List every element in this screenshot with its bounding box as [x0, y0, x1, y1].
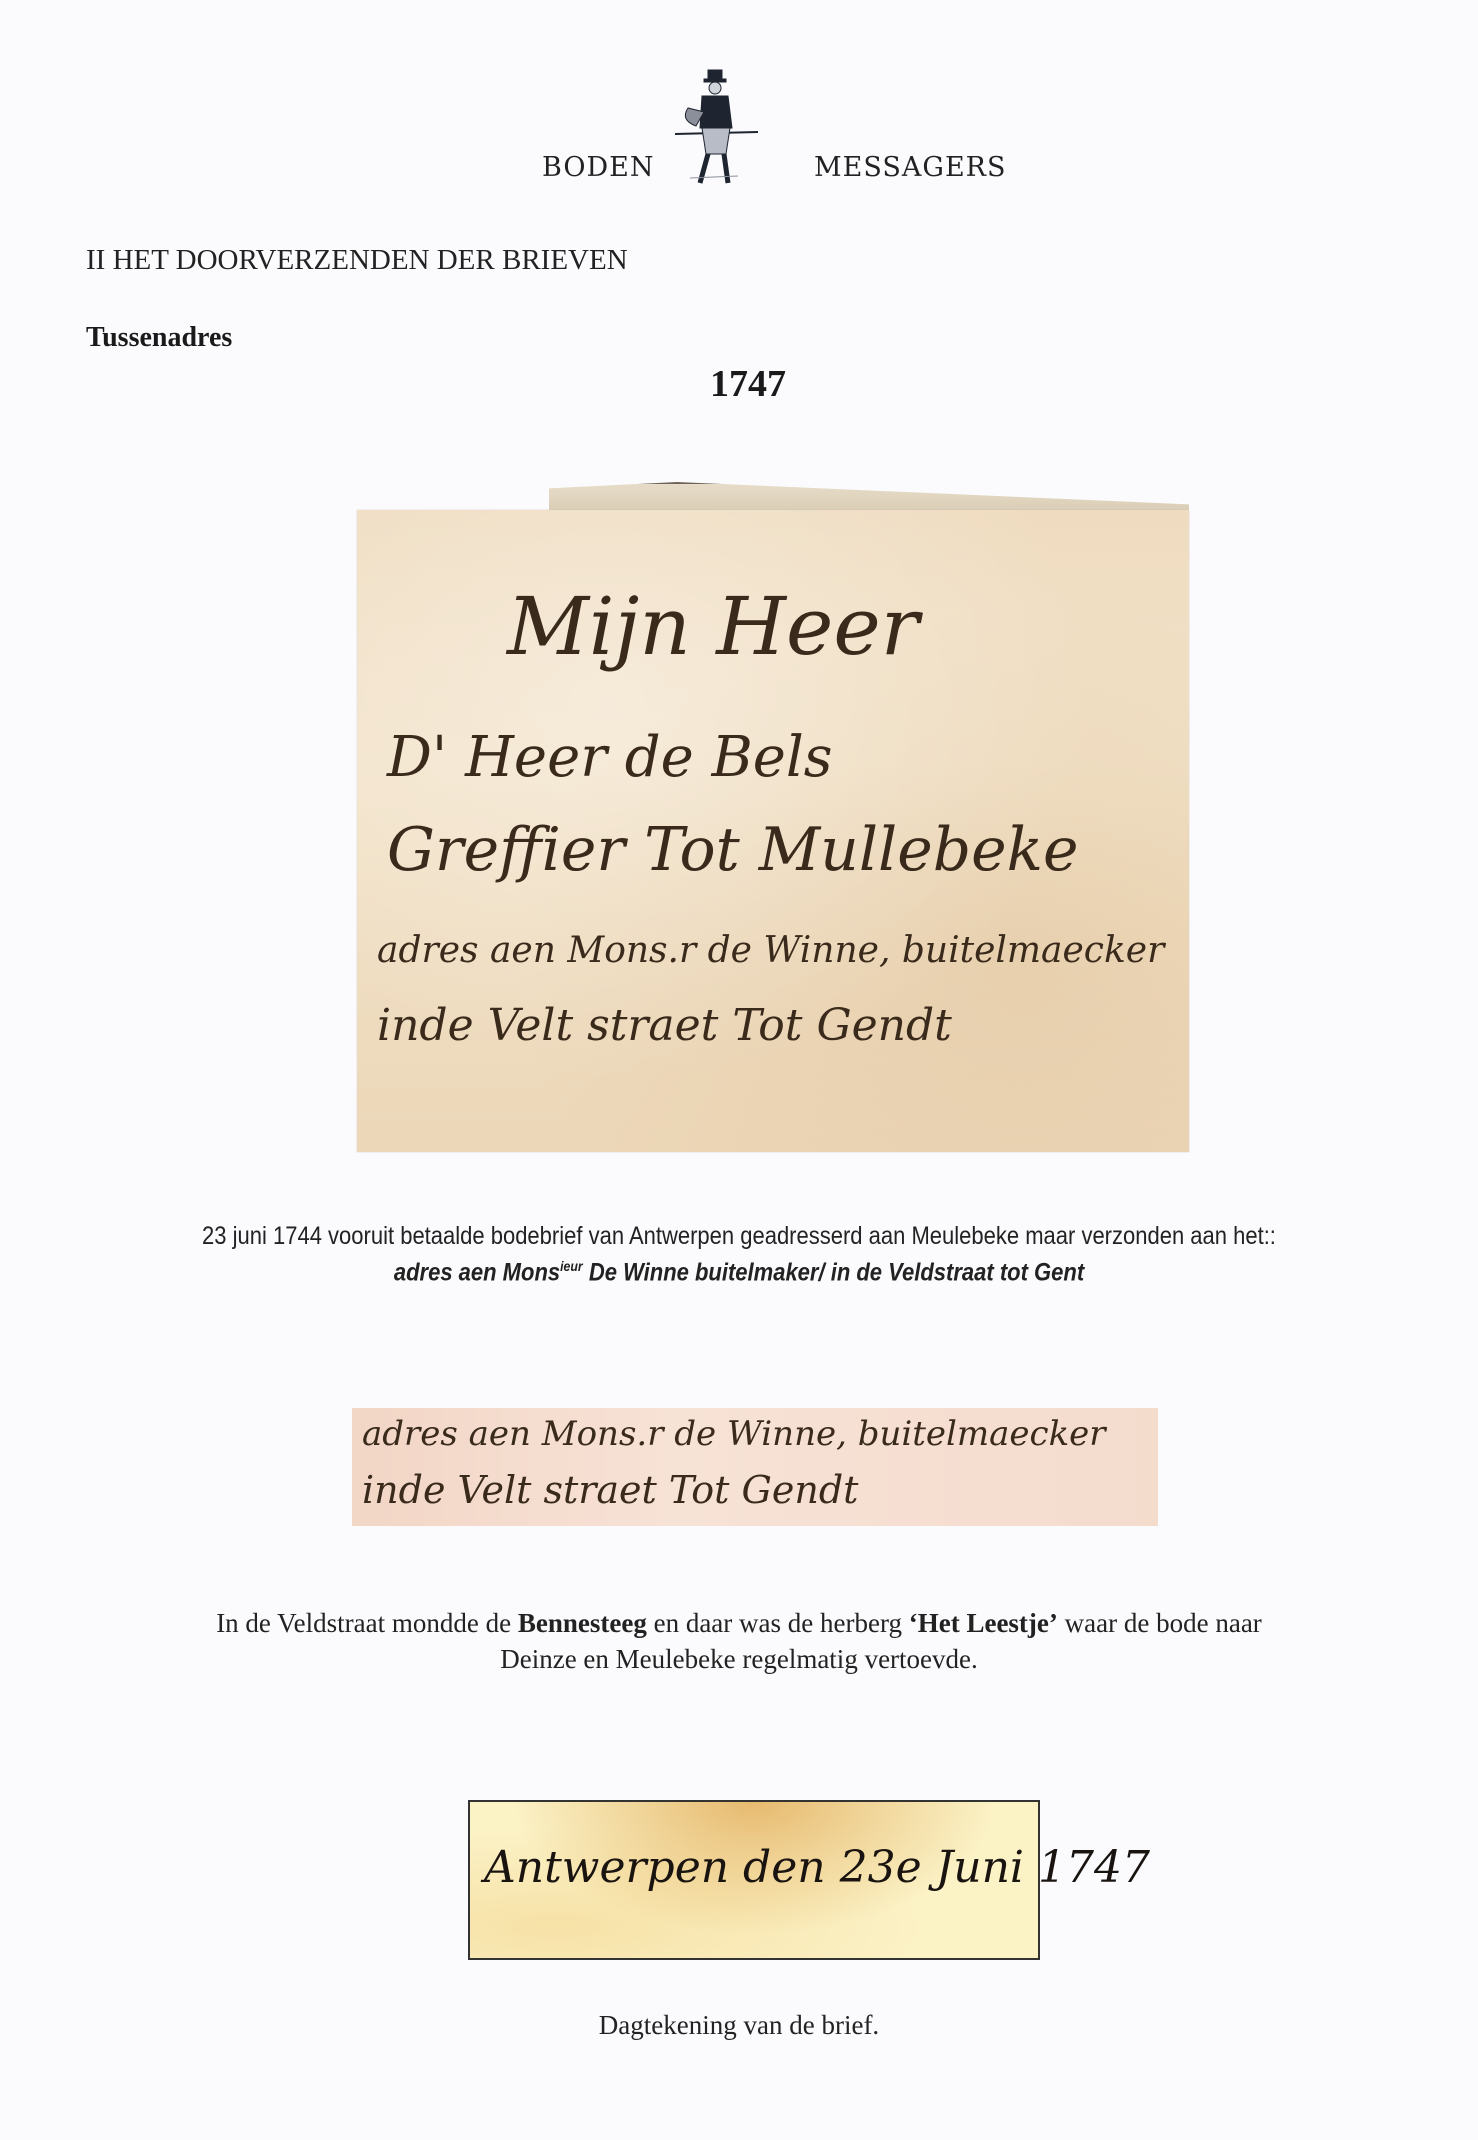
- dateline-text: Antwerpen den 23e Juni 1747: [484, 1842, 1150, 1893]
- header-boden: BODEN: [542, 152, 654, 183]
- caption-text: adres aen Mons: [394, 1258, 560, 1286]
- caption-superscript: ieur: [560, 1258, 583, 1274]
- paragraph-bold: ‘Het Leestje’: [909, 1608, 1058, 1638]
- messenger-figure-icon: [660, 68, 770, 193]
- dateline-image: Antwerpen den 23e Juni 1747: [468, 1800, 1040, 1960]
- dateline-caption: Dagtekening van de brief.: [0, 2010, 1478, 2041]
- caption-line-1: 23 juni 1744 vooruit betaalde bodebrief …: [89, 1222, 1390, 1251]
- header-messagers: MESSAGERS: [814, 152, 1006, 183]
- letter-line: Mijn Heer: [507, 580, 919, 673]
- letter-image: Mijn Heer D' Heer de Bels Greffier Tot M…: [357, 482, 1189, 1152]
- caption-text: De Winne buitelmaker/ in de Veldstraat t…: [583, 1258, 1084, 1286]
- letter-line: adres aen Mons.r de Winne, buitelmaecker: [377, 930, 1164, 971]
- paragraph-bold: Bennesteeg: [518, 1608, 647, 1638]
- section-title: II HET DOORVERZENDEN DER BRIEVEN: [86, 244, 628, 277]
- detail-line: adres aen Mons.r de Winne, buitelmaecker: [362, 1414, 1106, 1454]
- paragraph-text: en daar was de herberg: [647, 1608, 909, 1638]
- year-heading: 1747: [710, 362, 786, 406]
- description-paragraph: In de Veldstraat mondde de Bennesteeg en…: [60, 1605, 1418, 1677]
- detail-line: inde Velt straet Tot Gendt: [362, 1468, 858, 1512]
- subsection-title: Tussenadres: [86, 322, 232, 354]
- letter-line: Greffier Tot Mullebeke: [387, 815, 1079, 885]
- paragraph-text: waar de bode naar: [1058, 1608, 1262, 1638]
- caption-line-2: adres aen Monsieur De Winne buitelmaker/…: [89, 1258, 1390, 1287]
- letter-line: D' Heer de Bels: [387, 725, 833, 790]
- address-detail-image: adres aen Mons.r de Winne, buitelmaecker…: [352, 1408, 1158, 1526]
- letter-paper: Mijn Heer D' Heer de Bels Greffier Tot M…: [357, 510, 1189, 1152]
- paragraph-text: In de Veldstraat mondde de: [216, 1608, 518, 1638]
- letter-line: inde Velt straet Tot Gendt: [377, 1000, 952, 1051]
- paragraph-text: Deinze en Meulebeke regelmatig vertoevde…: [500, 1644, 978, 1674]
